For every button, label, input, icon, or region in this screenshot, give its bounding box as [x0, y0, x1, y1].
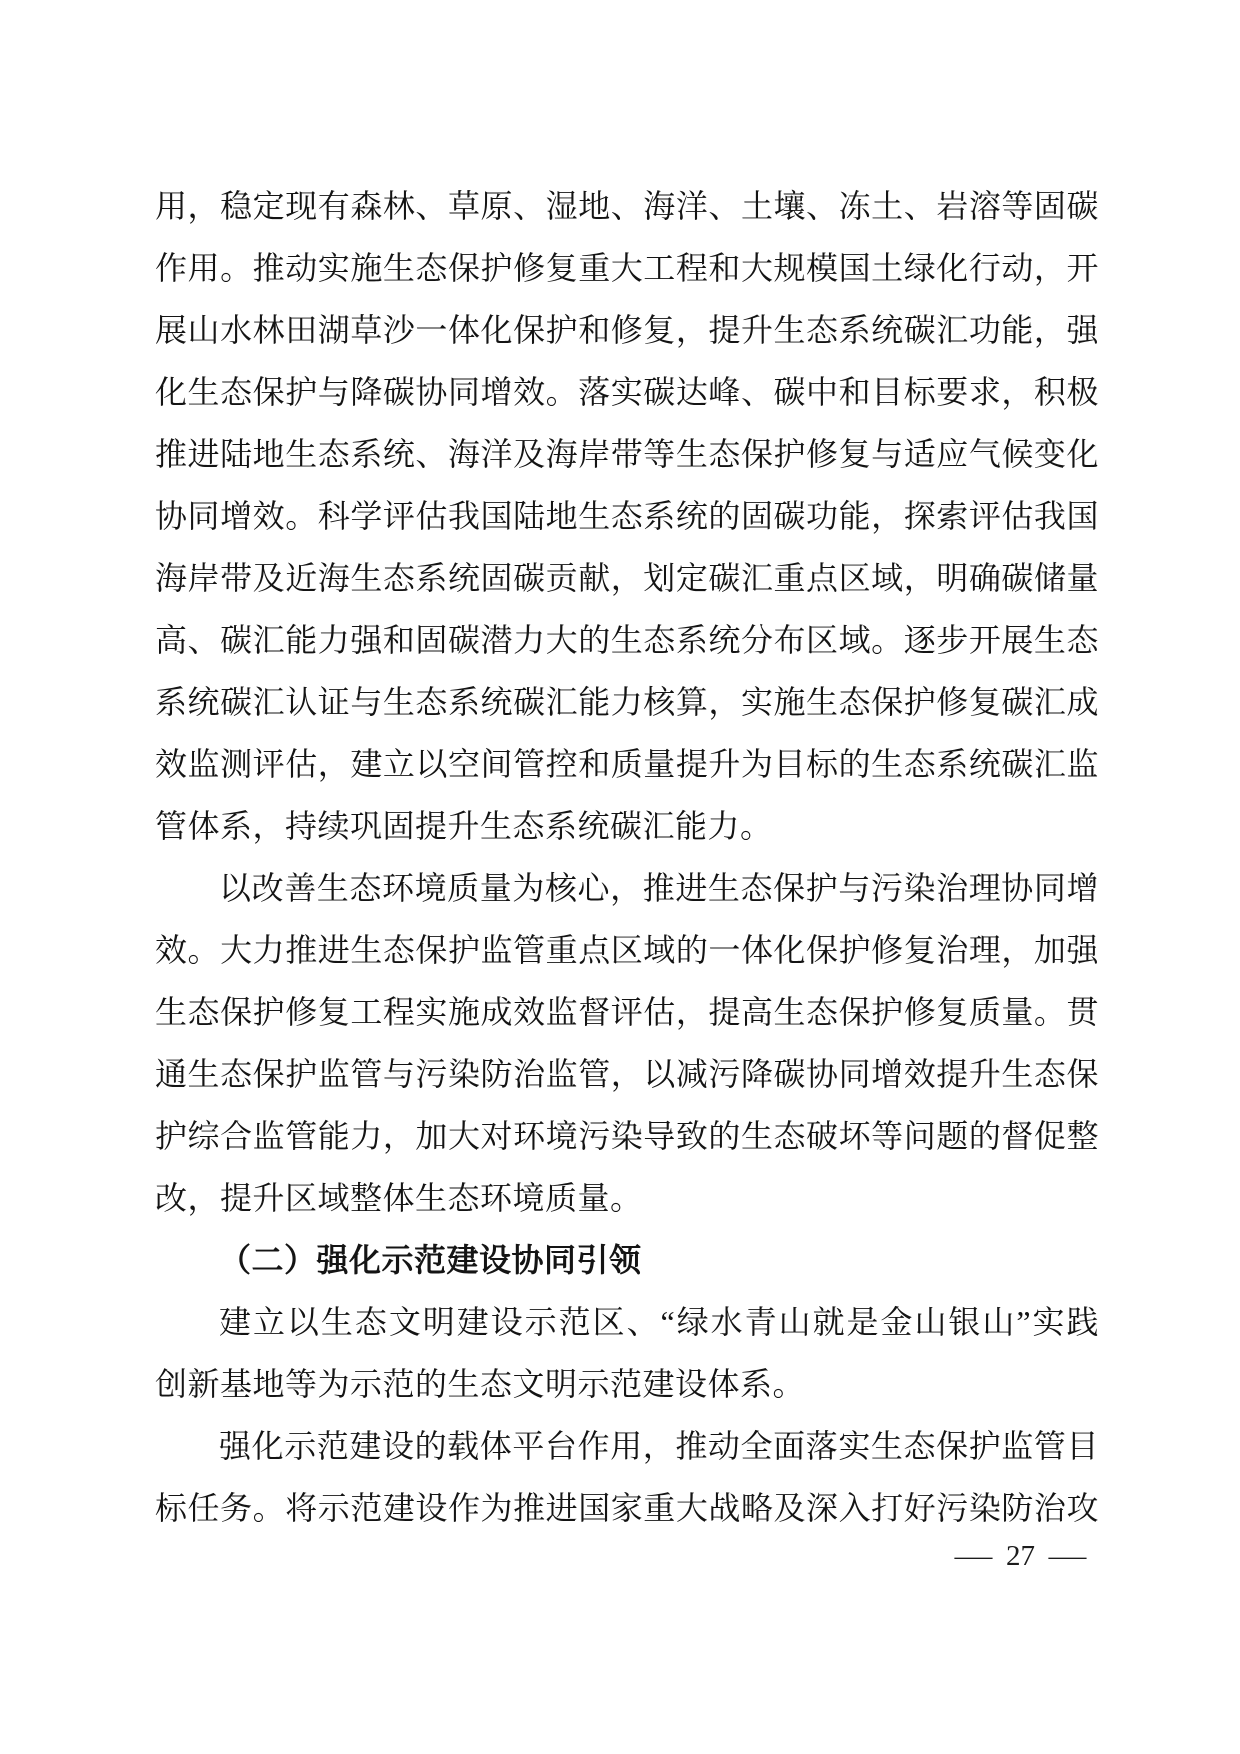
paragraph: 建立以生态文明建设示范区、“绿水青山就是金山银山”实践创新基地等为示范的生态文明… [155, 1291, 1099, 1415]
page-number-left-dash: — [955, 1540, 993, 1573]
text-line: 推进陆地生态系统、海洋及海岸带等生态保护修复与适应气候变化 [155, 423, 1099, 485]
text-line: 以改善生态环境质量为核心，推进生态保护与污染治理协同增 [155, 857, 1099, 919]
text-line: 强化示范建设的载体平台作用，推动全面落实生态保护监管目 [155, 1415, 1099, 1477]
page-number-value: 27 [1006, 1540, 1035, 1573]
page-number: — 27 — [959, 1540, 1082, 1573]
text-line: 护综合监管能力，加大对环境污染导致的生态破坏等问题的督促整 [155, 1105, 1099, 1167]
text-line: 生态保护修复工程实施成效监督评估，提高生态保护修复质量。贯 [155, 981, 1099, 1043]
text-line: 创新基地等为示范的生态文明示范建设体系。 [155, 1353, 1099, 1415]
text-line: 高、碳汇能力强和固碳潜力大的生态系统分布区域。逐步开展生态 [155, 609, 1099, 671]
text-line: 化生态保护与降碳协同增效。落实碳达峰、碳中和目标要求，积极 [155, 361, 1099, 423]
paragraph: 以改善生态环境质量为核心，推进生态保护与污染治理协同增效。大力推进生态保护监管重… [155, 857, 1099, 1229]
page-number-right-dash: — [1049, 1540, 1087, 1573]
text-line: 建立以生态文明建设示范区、“绿水青山就是金山银山”实践 [155, 1291, 1099, 1353]
text-line: 用，稳定现有森林、草原、湿地、海洋、土壤、冻土、岩溶等固碳 [155, 175, 1099, 237]
text-line: 展山水林田湖草沙一体化保护和修复，提升生态系统碳汇功能，强 [155, 299, 1099, 361]
text-line: 系统碳汇认证与生态系统碳汇能力核算，实施生态保护修复碳汇成 [155, 671, 1099, 733]
section-heading: （二）强化示范建设协同引领 [155, 1229, 1099, 1291]
document-body: 用，稳定现有森林、草原、湿地、海洋、土壤、冻土、岩溶等固碳作用。推动实施生态保护… [155, 175, 1099, 1539]
text-line: 通生态保护监管与污染防治监管，以减污降碳协同增效提升生态保 [155, 1043, 1099, 1105]
text-line: 改，提升区域整体生态环境质量。 [155, 1167, 1099, 1229]
text-line: 作用。推动实施生态保护修复重大工程和大规模国土绿化行动，开 [155, 237, 1099, 299]
text-line: 标任务。将示范建设作为推进国家重大战略及深入打好污染防治攻 [155, 1477, 1099, 1539]
text-line: 协同增效。科学评估我国陆地生态系统的固碳功能，探索评估我国 [155, 485, 1099, 547]
document-page: 用，稳定现有森林、草原、湿地、海洋、土壤、冻土、岩溶等固碳作用。推动实施生态保护… [0, 0, 1240, 1754]
text-line: 海岸带及近海生态系统固碳贡献，划定碳汇重点区域，明确碳储量 [155, 547, 1099, 609]
text-line: 管体系，持续巩固提升生态系统碳汇能力。 [155, 795, 1099, 857]
section-heading-block: （二）强化示范建设协同引领 [155, 1229, 1099, 1291]
paragraph: 强化示范建设的载体平台作用，推动全面落实生态保护监管目标任务。将示范建设作为推进… [155, 1415, 1099, 1539]
paragraph: 用，稳定现有森林、草原、湿地、海洋、土壤、冻土、岩溶等固碳作用。推动实施生态保护… [155, 175, 1099, 857]
text-line: 效监测评估，建立以空间管控和质量提升为目标的生态系统碳汇监 [155, 733, 1099, 795]
text-line: 效。大力推进生态保护监管重点区域的一体化保护修复治理，加强 [155, 919, 1099, 981]
